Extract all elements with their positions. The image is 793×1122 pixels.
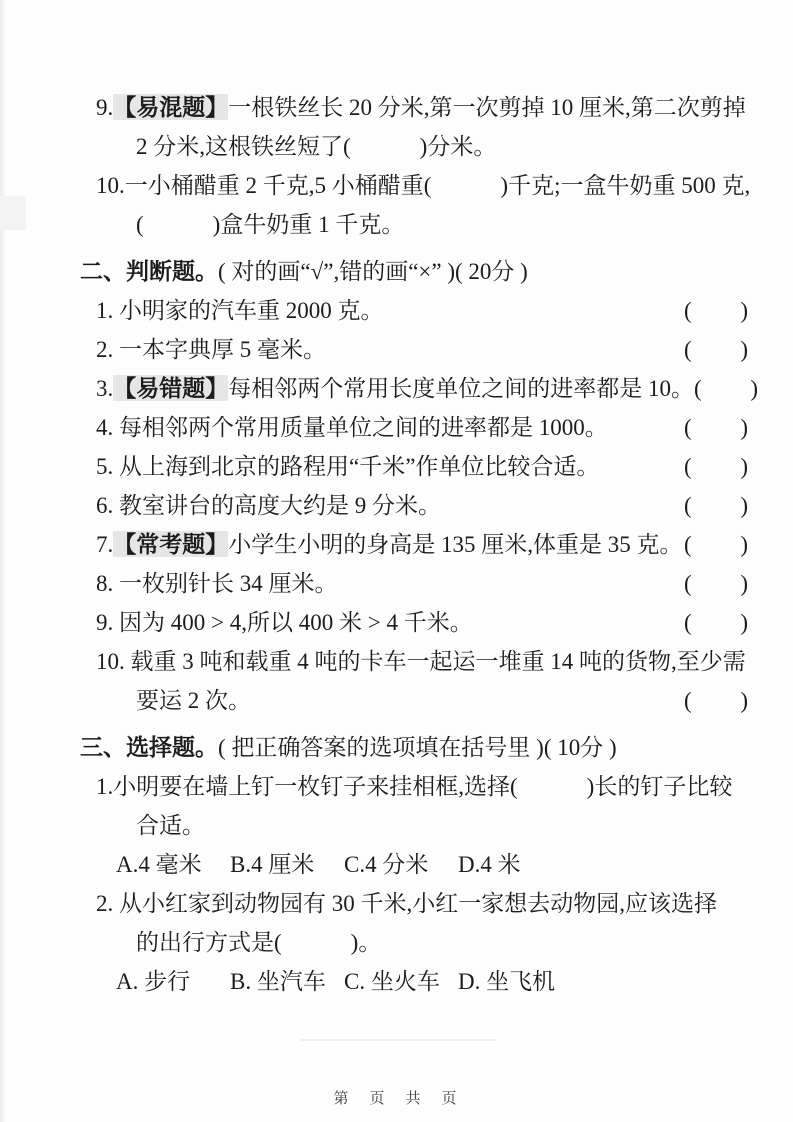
question-number: 1. [96, 298, 113, 323]
judgment-row-8: 8. 一枚别针长 34 厘米。 () [96, 564, 748, 603]
statement: 5. 从上海到北京的路程用“千米”作单位比较合适。 [96, 447, 599, 486]
paren-close: ) [740, 408, 748, 447]
paren-close: ) [740, 291, 748, 330]
statement-text: 因为 400 > 4,所以 400 米 > 4 千米。 [113, 610, 472, 635]
judgment-row-2: 2. 一本字典厚 5 毫米。 () [96, 330, 748, 369]
judgment-row-7: 7.【常考题】小学生小明的身高是 135 厘米,体重是 35 克。 () [96, 525, 748, 564]
paper-content: 9.【易混题】一根铁丝长 20 分米,第一次剪掉 10 厘米,第二次剪掉 2 分… [80, 88, 748, 1001]
paren-open: ( [684, 330, 692, 369]
answer-blank: () [684, 486, 748, 525]
question-tag-label: 【易错题】 [113, 375, 228, 401]
question-text-continued: ( )盒牛奶重 1 千克。 [136, 205, 748, 244]
statement-text: 教室讲台的高度大约是 9 分米。 [113, 493, 441, 518]
paren-open: ( [694, 369, 702, 408]
judgment-row-4: 4. 每相邻两个常用质量单位之间的进率都是 1000。 () [96, 408, 748, 447]
section-subtitle: ( 对的画“√”,错的画“×” )( 20分 ) [218, 259, 528, 284]
question-line: 1.小明要在墙上钉一枚钉子来挂相框,选择( )长的钉子比较 [96, 767, 748, 806]
judgment-row-10-continued: 要运 2 次。 () [136, 681, 748, 720]
statement: 1. 小明家的汽车重 2000 克。 [96, 291, 384, 330]
question-number: 9. [96, 610, 113, 635]
option-c: C.4 分米 [344, 845, 458, 884]
option-c: C. 坐火车 [344, 962, 458, 1001]
statement: 3.【易错题】每相邻两个常用长度单位之间的进率都是 10。 [96, 369, 694, 408]
question-number: 8. [96, 571, 113, 596]
question-number: 10. [96, 173, 125, 198]
question-number: 1. [96, 774, 113, 799]
statement-text: 从上海到北京的路程用“千米”作单位比较合适。 [113, 454, 599, 479]
paren-open: ( [684, 564, 692, 603]
statement-text: 一枚别针长 34 厘米。 [113, 571, 337, 596]
choice-question-1: 1.小明要在墙上钉一枚钉子来挂相框,选择( )长的钉子比较 合适。 A.4 毫米… [80, 767, 748, 884]
paren-open: ( [684, 603, 692, 642]
option-d: D. 坐飞机 [458, 962, 555, 1001]
choice-question-2: 2. 从小红家到动物园有 30 千米,小红一家想去动物园,应该选择 的出行方式是… [80, 884, 748, 1001]
judgment-row-1: 1. 小明家的汽车重 2000 克。 () [96, 291, 748, 330]
options-row: A.4 毫米B.4 厘米C.4 分米D.4 米 [116, 845, 748, 884]
question-number: 4. [96, 415, 113, 440]
scan-artifact-edge [0, 0, 6, 1122]
question-tag-label: 【常考题】 [113, 531, 228, 557]
question-line: 10.一小桶醋重 2 千克,5 小桶醋重( )千克;一盒牛奶重 500 克, [96, 166, 748, 205]
option-a: A. 步行 [116, 962, 230, 1001]
paren-open: ( [684, 447, 692, 486]
question-number: 2. [96, 891, 113, 916]
answer-blank: () [684, 447, 748, 486]
paren-open: ( [684, 486, 692, 525]
paren-close: ) [740, 525, 748, 564]
question-text-continued: 合适。 [136, 806, 748, 845]
question-number: 9. [96, 95, 113, 120]
paren-close: ) [740, 564, 748, 603]
answer-blank: () [684, 603, 748, 642]
question-number: 3. [96, 376, 113, 401]
statement: 7.【常考题】小学生小明的身高是 135 厘米,体重是 35 克。 [96, 525, 683, 564]
judgment-row-10: 10. 载重 3 吨和载重 4 吨的卡车一起运一堆重 14 吨的货物,至少需 [96, 642, 748, 681]
statement: 2. 一本字典厚 5 毫米。 [96, 330, 326, 369]
question-line: 9.【易混题】一根铁丝长 20 分米,第一次剪掉 10 厘米,第二次剪掉 [96, 88, 748, 127]
judgment-row-9: 9. 因为 400 > 4,所以 400 米 > 4 千米。 () [96, 603, 748, 642]
question-number: 7. [96, 532, 113, 557]
statement-text: 每相邻两个常用长度单位之间的进率都是 10。 [228, 376, 694, 401]
test-paper-page: 9.【易混题】一根铁丝长 20 分米,第一次剪掉 10 厘米,第二次剪掉 2 分… [0, 0, 793, 1122]
scan-artifact-smudge [0, 196, 26, 230]
fill-in-question-9: 9.【易混题】一根铁丝长 20 分米,第一次剪掉 10 厘米,第二次剪掉 2 分… [80, 88, 748, 166]
page-footer: 第 页 共 页 [0, 1087, 793, 1108]
answer-blank: () [684, 564, 748, 603]
paren-open: ( [684, 525, 692, 564]
statement-continued: 要运 2 次。 [136, 681, 251, 720]
statement: 8. 一枚别针长 34 厘米。 [96, 564, 338, 603]
paren-close: ) [740, 681, 748, 720]
answer-blank: () [684, 291, 748, 330]
answer-blank: () [684, 525, 748, 564]
answer-blank: () [684, 681, 748, 720]
question-text: 小明要在墙上钉一枚钉子来挂相框,选择( )长的钉子比较 [113, 774, 732, 799]
paren-open: ( [684, 291, 692, 330]
question-text-continued: 2 分米,这根铁丝短了( )分米。 [136, 127, 748, 166]
question-text: 一小桶醋重 2 千克,5 小桶醋重( )千克;一盒牛奶重 500 克, [125, 173, 750, 198]
statement: 6. 教室讲台的高度大约是 9 分米。 [96, 486, 441, 525]
question-number: 6. [96, 493, 113, 518]
paren-close: ) [740, 447, 748, 486]
statement-text: 每相邻两个常用质量单位之间的进率都是 1000。 [113, 415, 608, 440]
judgment-row-5: 5. 从上海到北京的路程用“千米”作单位比较合适。 () [96, 447, 748, 486]
paren-close: ) [740, 603, 748, 642]
answer-blank: () [684, 330, 748, 369]
options-row: A. 步行B. 坐汽车C. 坐火车D. 坐飞机 [116, 962, 748, 1001]
question-number: 10. [96, 649, 125, 674]
section-choice-heading: 三、选择题。( 把正确答案的选项填在括号里 )( 10分 ) [80, 728, 748, 767]
fill-in-question-10: 10.一小桶醋重 2 千克,5 小桶醋重( )千克;一盒牛奶重 500 克, (… [80, 166, 748, 244]
section-title: 三、选择题。 [80, 734, 218, 760]
question-text: 一根铁丝长 20 分米,第一次剪掉 10 厘米,第二次剪掉 [228, 95, 746, 120]
option-a: A.4 毫米 [116, 845, 230, 884]
question-text-continued: 的出行方式是( )。 [136, 923, 748, 962]
option-b: B.4 厘米 [230, 845, 344, 884]
question-number: 5. [96, 454, 113, 479]
question-number: 2. [96, 337, 113, 362]
question-text: 从小红家到动物园有 30 千米,小红一家想去动物园,应该选择 [113, 891, 717, 916]
paren-close: ) [740, 486, 748, 525]
statement-text: 一本字典厚 5 毫米。 [113, 337, 326, 362]
question-tag-label: 【易混题】 [113, 94, 228, 120]
answer-blank: () [694, 369, 758, 408]
paren-open: ( [684, 408, 692, 447]
paren-close: ) [740, 330, 748, 369]
question-line: 2. 从小红家到动物园有 30 千米,小红一家想去动物园,应该选择 [96, 884, 748, 923]
judgment-row-3: 3.【易错题】每相邻两个常用长度单位之间的进率都是 10。 () [96, 369, 748, 408]
statement-text: 小学生小明的身高是 135 厘米,体重是 35 克。 [228, 532, 682, 557]
scan-artifact-fold-line [300, 1039, 496, 1041]
statement-text: 载重 3 吨和载重 4 吨的卡车一起运一堆重 14 吨的货物,至少需 [125, 649, 746, 674]
statement: 9. 因为 400 > 4,所以 400 米 > 4 千米。 [96, 603, 473, 642]
section-subtitle: ( 把正确答案的选项填在括号里 )( 10分 ) [218, 735, 617, 760]
section-judgment-heading: 二、判断题。( 对的画“√”,错的画“×” )( 20分 ) [80, 252, 748, 291]
statement: 10. 载重 3 吨和载重 4 吨的卡车一起运一堆重 14 吨的货物,至少需 [96, 642, 746, 681]
paren-close: ) [750, 369, 758, 408]
statement: 4. 每相邻两个常用质量单位之间的进率都是 1000。 [96, 408, 608, 447]
judgment-row-6: 6. 教室讲台的高度大约是 9 分米。 () [96, 486, 748, 525]
section-title: 二、判断题。 [80, 258, 218, 284]
answer-blank: () [684, 408, 748, 447]
paren-open: ( [684, 681, 692, 720]
option-d: D.4 米 [458, 845, 521, 884]
option-b: B. 坐汽车 [230, 962, 344, 1001]
statement-text: 小明家的汽车重 2000 克。 [113, 298, 383, 323]
